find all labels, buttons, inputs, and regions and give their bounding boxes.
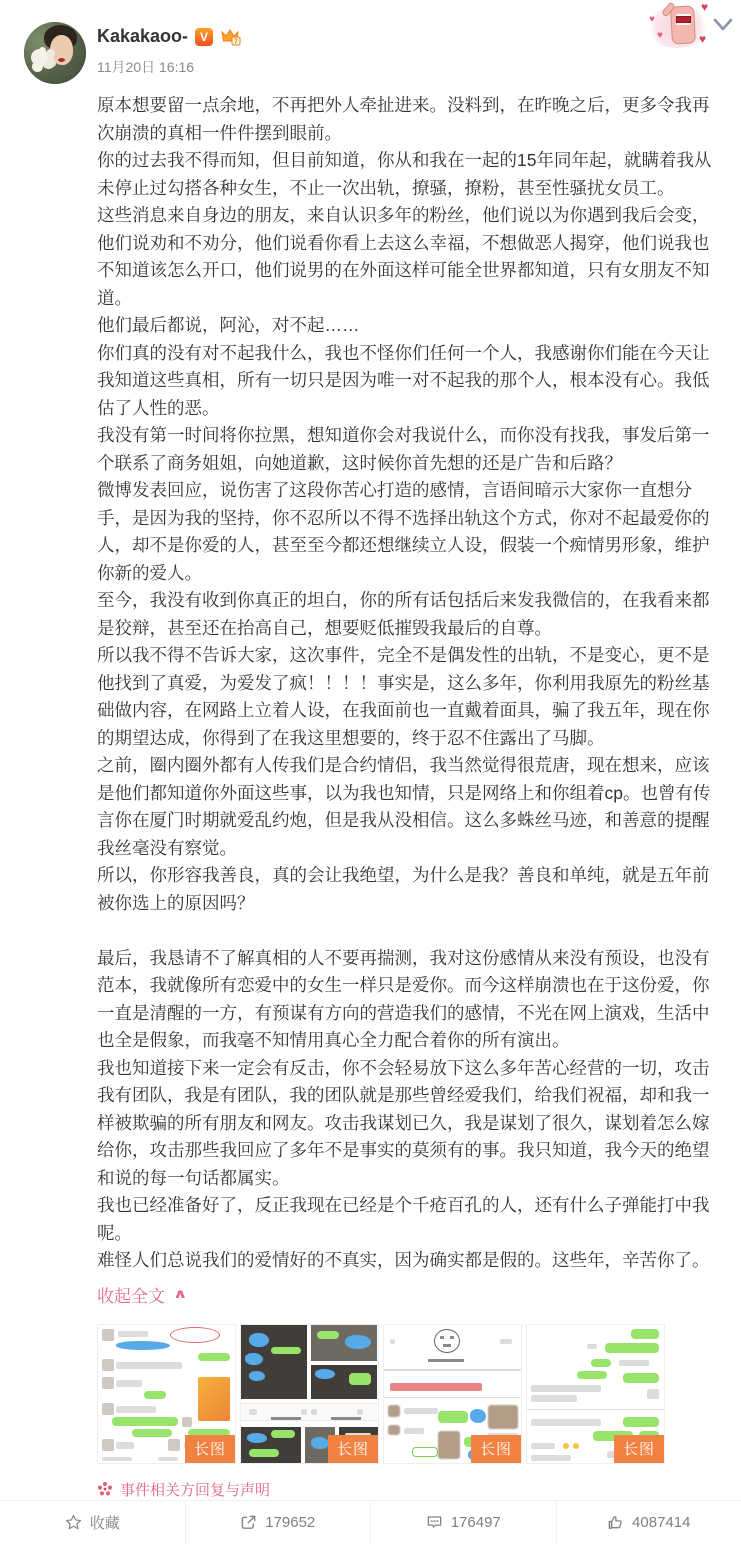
avatar[interactable] — [24, 22, 86, 84]
svg-text:7: 7 — [234, 38, 238, 45]
post-paragraph: 我没有第一时间将你拉黑，想知道你会对我说什么，而你没有找我，事发后第一个联系了商… — [97, 422, 712, 477]
comment-count: 176497 — [451, 1514, 501, 1531]
chat-screenshot-3[interactable]: 长图 — [383, 1324, 522, 1464]
chevron-up-icon: ∧ — [173, 1286, 188, 1302]
comment-icon — [426, 1514, 443, 1531]
pink-monster-sticker: ♥ ♥ ♥ ♥ — [645, 0, 711, 50]
post-paragraph: 我也知道接下来一定会有反击，你不会轻易放下这么多年苦心经营的一切，攻击我有团队，… — [97, 1055, 712, 1193]
star-icon — [65, 1514, 82, 1531]
long-image-badge: 长图 — [185, 1435, 235, 1463]
repost-count: 179652 — [265, 1514, 315, 1531]
related-link-label: 事件相关方回复与声明 — [120, 1479, 270, 1500]
long-image-badge: 长图 — [328, 1435, 378, 1463]
favorite-label: 收藏 — [90, 1512, 120, 1533]
chevron-down-icon[interactable] — [713, 18, 733, 32]
related-statements-link[interactable]: 事件相关方回复与声明 — [97, 1479, 270, 1500]
collapse-label: 收起全文 — [97, 1282, 165, 1307]
favorite-button[interactable]: 收藏 — [0, 1501, 185, 1544]
long-image-badge: 长图 — [614, 1435, 664, 1463]
heart-icon: ♥ — [701, 0, 708, 14]
post-paragraph: 原本想要留一点余地，不再把外人牵扯进来。没料到，在昨晚之后，更多令我再次崩溃的真… — [97, 92, 712, 147]
post-paragraph: 难怪人们总说我们的爱情好的不真实，因为确实都是假的。这些年，辛苦你了。 — [97, 1247, 712, 1275]
post-paragraph: 所以，你形容我善良，真的会让我绝望，为什么是我？善良和单纯，就是五年前被你选上的… — [97, 862, 712, 917]
collapse-full-text-link[interactable]: 收起全文 ∧ — [97, 1282, 186, 1307]
comment-button[interactable]: 176497 — [370, 1501, 556, 1544]
verified-v-icon: V — [195, 28, 213, 46]
post-paragraph: 所以我不得不告诉大家，这次事件，完全不是偶发性的出轨，不是变心，更不是他找到了真… — [97, 642, 712, 752]
action-toolbar: 收藏 179652 176497 4087414 — [0, 1500, 741, 1544]
like-button[interactable]: 4087414 — [556, 1501, 741, 1544]
post-paragraph: 他们最后都说，阿沁，对不起…… — [97, 312, 712, 340]
post-images: 长图长图长图长图 — [97, 1324, 741, 1464]
chat-screenshot-4[interactable]: 长图 — [526, 1324, 665, 1464]
post-paragraph: 微博发表回应，说伤害了这段你苦心打造的感情，言语间暗示大家你一直想分手，是因为我… — [97, 477, 712, 587]
post-paragraphs: 原本想要留一点余地，不再把外人牵扯进来。没料到，在昨晚之后，更多令我再次崩溃的真… — [97, 92, 712, 1275]
post-paragraph: 之前，圈内圈外都有人传我们是合约情侣，我当然觉得很荒唐，现在想来，应该是他们都知… — [97, 752, 712, 862]
post-paragraph: 最后，我恳请不了解真相的人不要再揣测，我对这份感情从来没有预设，也没有范本，我就… — [97, 945, 712, 1055]
avatar-flower — [31, 49, 48, 66]
repost-icon — [240, 1514, 257, 1531]
post-paragraph: 至今，我没有收到你真正的坦白，你的所有话包括后来发我微信的，在我看来都是狡辩，甚… — [97, 587, 712, 642]
heart-icon: ♥ — [657, 30, 663, 41]
post-paragraph: 这些消息来自身边的朋友，来自认识多年的粉丝，他们说以为你遇到我后会变，他们说劝和… — [97, 202, 712, 312]
thumbs-up-icon — [607, 1514, 624, 1531]
heart-icon: ♥ — [699, 32, 706, 46]
repost-button[interactable]: 179652 — [185, 1501, 371, 1544]
post-paragraph: 你的过去我不得而知，但目前知道，你从和我在一起的15年同年起，就瞒着我从未停止过… — [97, 147, 712, 202]
avatar-lips — [58, 58, 65, 62]
like-count: 4087414 — [632, 1514, 690, 1531]
username[interactable]: Kakakaoo- — [97, 26, 188, 47]
chat-screenshot-2[interactable]: 长图 — [240, 1324, 379, 1464]
post-paragraph: 你们真的没有对不起我什么，我也不怪你们任何一个人，我感谢你们能在今天让我知道这些… — [97, 340, 712, 423]
flower-icon — [97, 1481, 113, 1497]
post-paragraph: 我也已经准备好了，反正我现在已经是个千疮百孔的人，还有什么子弹能打中我呢。 — [97, 1192, 712, 1247]
post-header: Kakakaoo- V 7 11月20日 16:16 ♥ ♥ ♥ ♥ — [0, 0, 741, 92]
chat-screenshot-1[interactable]: 长图 — [97, 1324, 236, 1464]
heart-icon: ♥ — [649, 14, 655, 25]
post-timestamp[interactable]: 11月20日 16:16 — [97, 57, 194, 77]
long-image-badge: 长图 — [471, 1435, 521, 1463]
member-crown-icon: 7 — [220, 28, 241, 46]
post-paragraph — [97, 917, 712, 945]
